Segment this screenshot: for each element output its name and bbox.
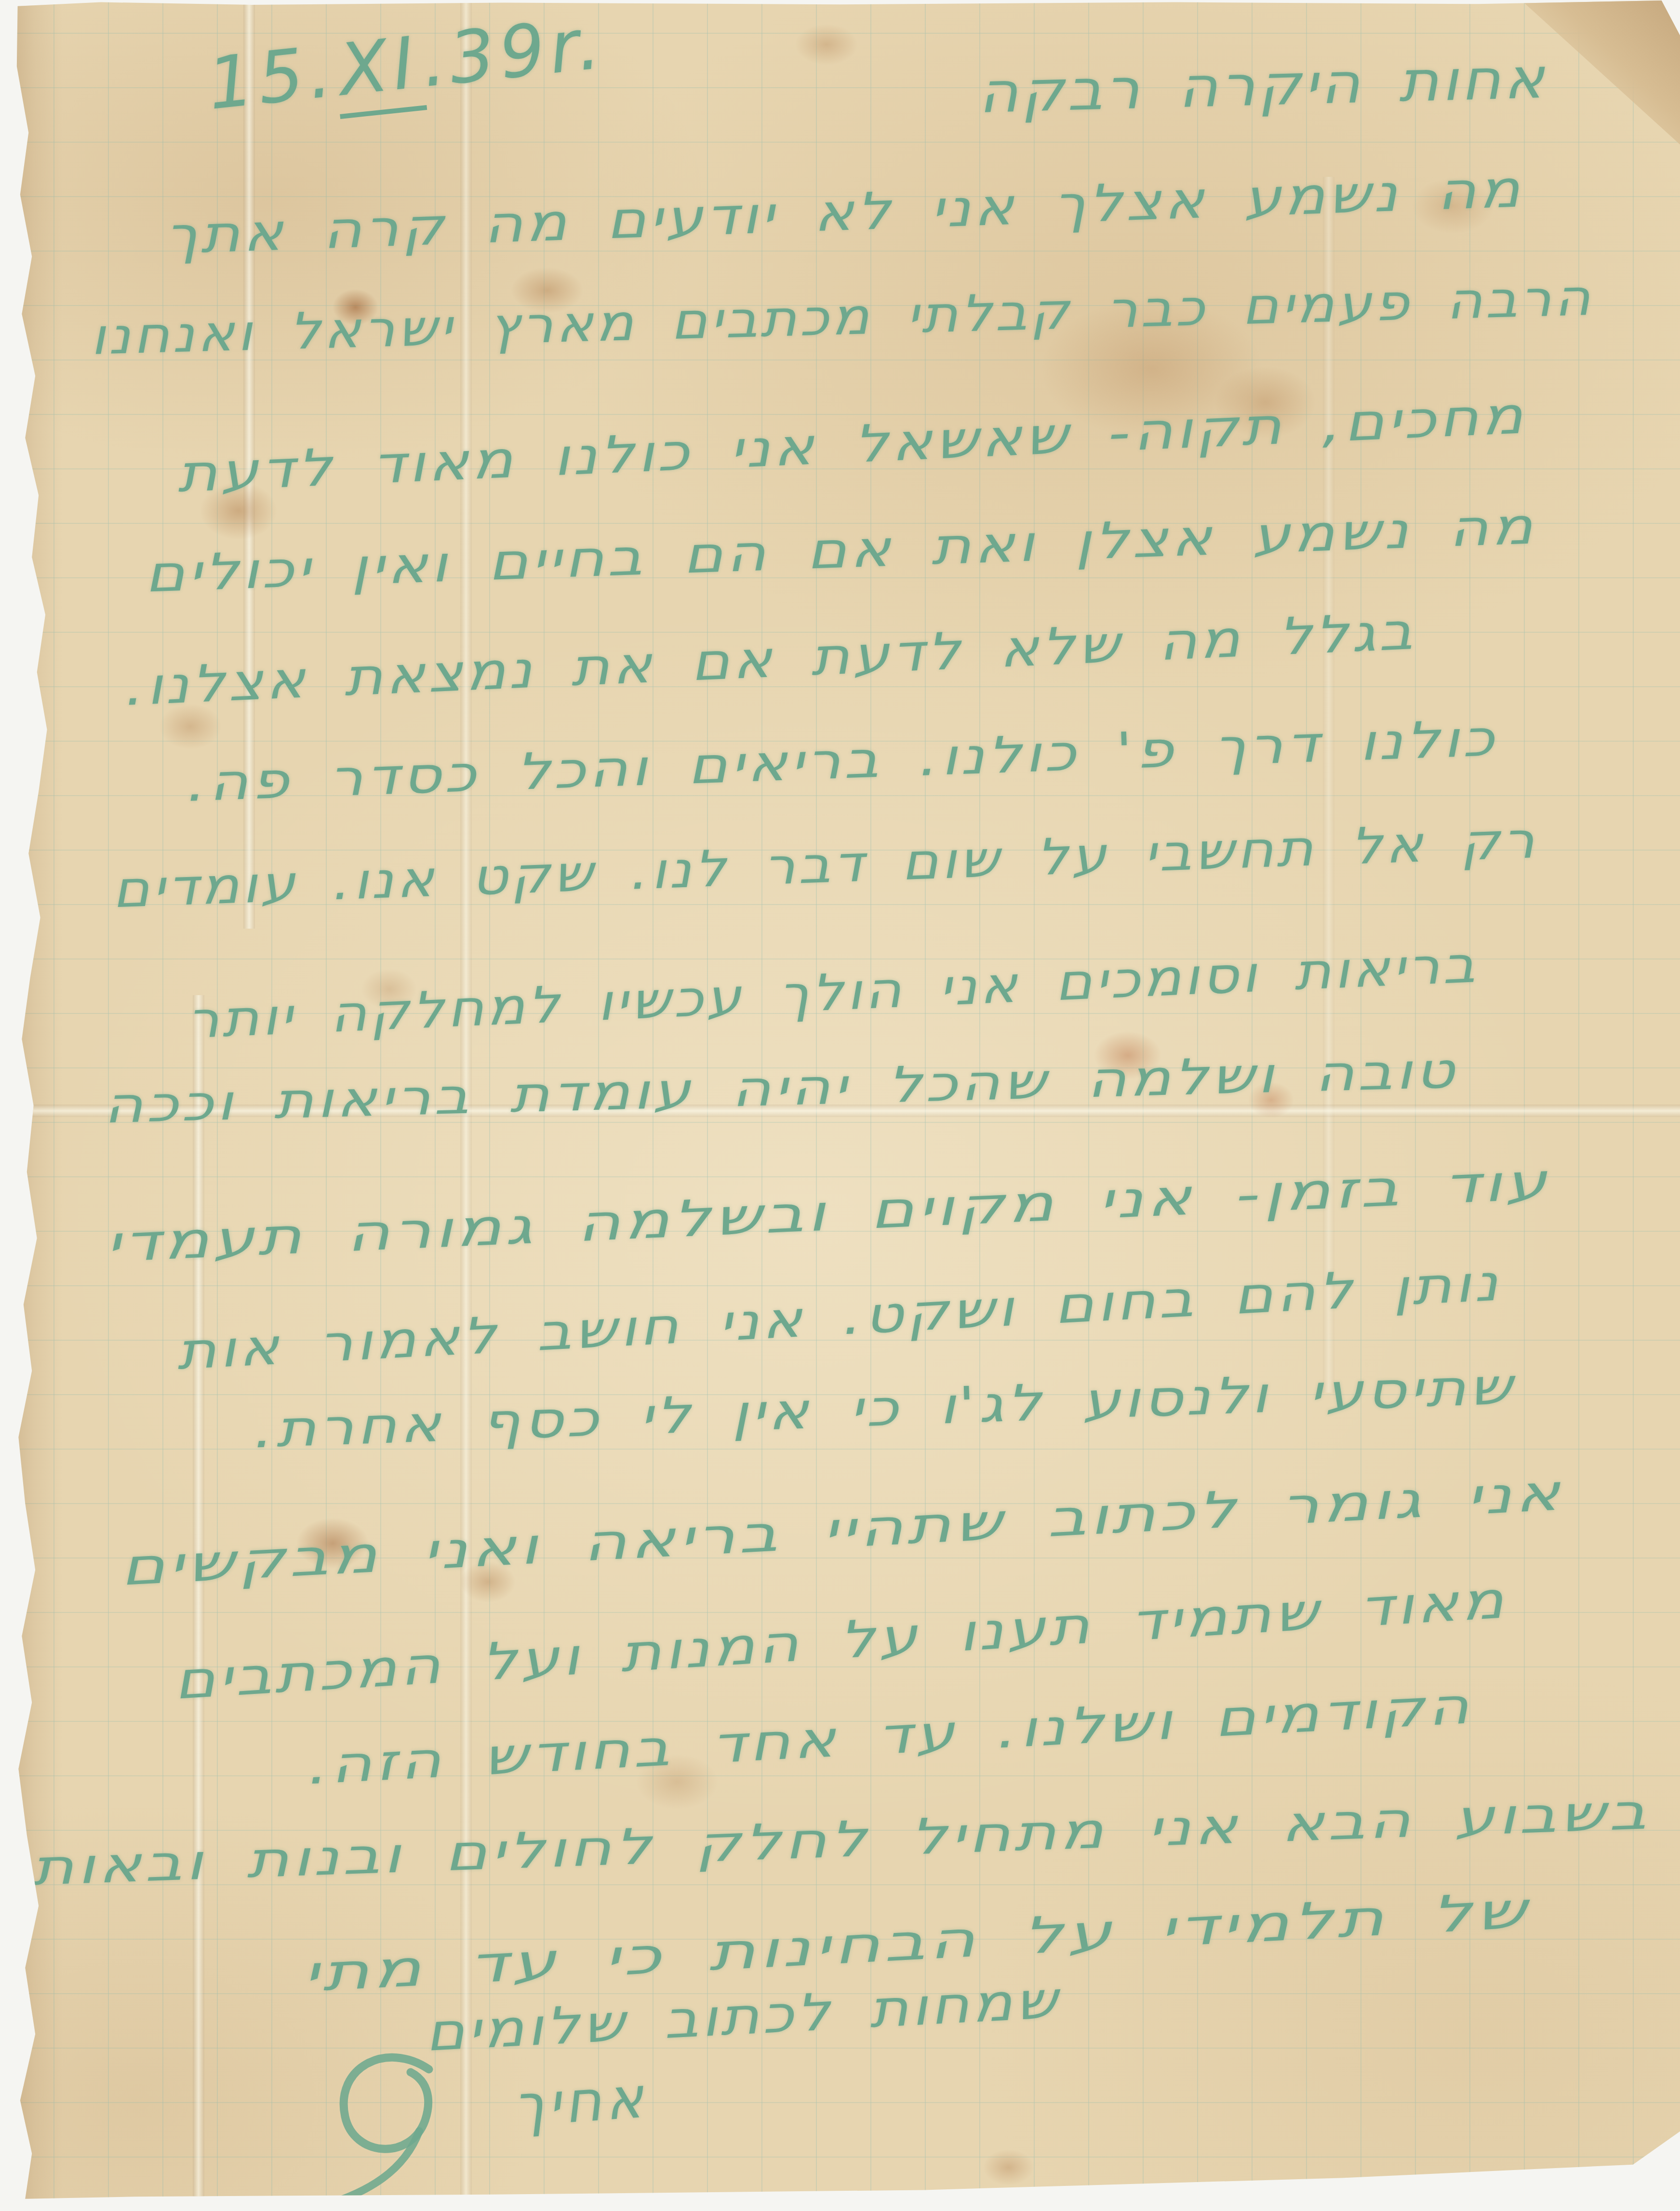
date-day: 15 bbox=[204, 33, 312, 126]
stain bbox=[795, 24, 858, 65]
stain bbox=[983, 2149, 1034, 2185]
date-month-roman: XI bbox=[331, 21, 427, 119]
fold-crease bbox=[193, 995, 204, 2211]
date-year: 39 bbox=[445, 7, 554, 100]
letter-paper: 15.XI.39r. אחות היקרה רבקהמה נשמע אצלך א… bbox=[0, 0, 1680, 2211]
signature-closing: אחיך bbox=[511, 2064, 650, 2139]
scanned-letter: 15.XI.39r. אחות היקרה רבקהמה נשמע אצלך א… bbox=[0, 0, 1680, 2211]
signature-flourish bbox=[284, 2048, 506, 2211]
date-suffix: r. bbox=[545, 1, 609, 90]
